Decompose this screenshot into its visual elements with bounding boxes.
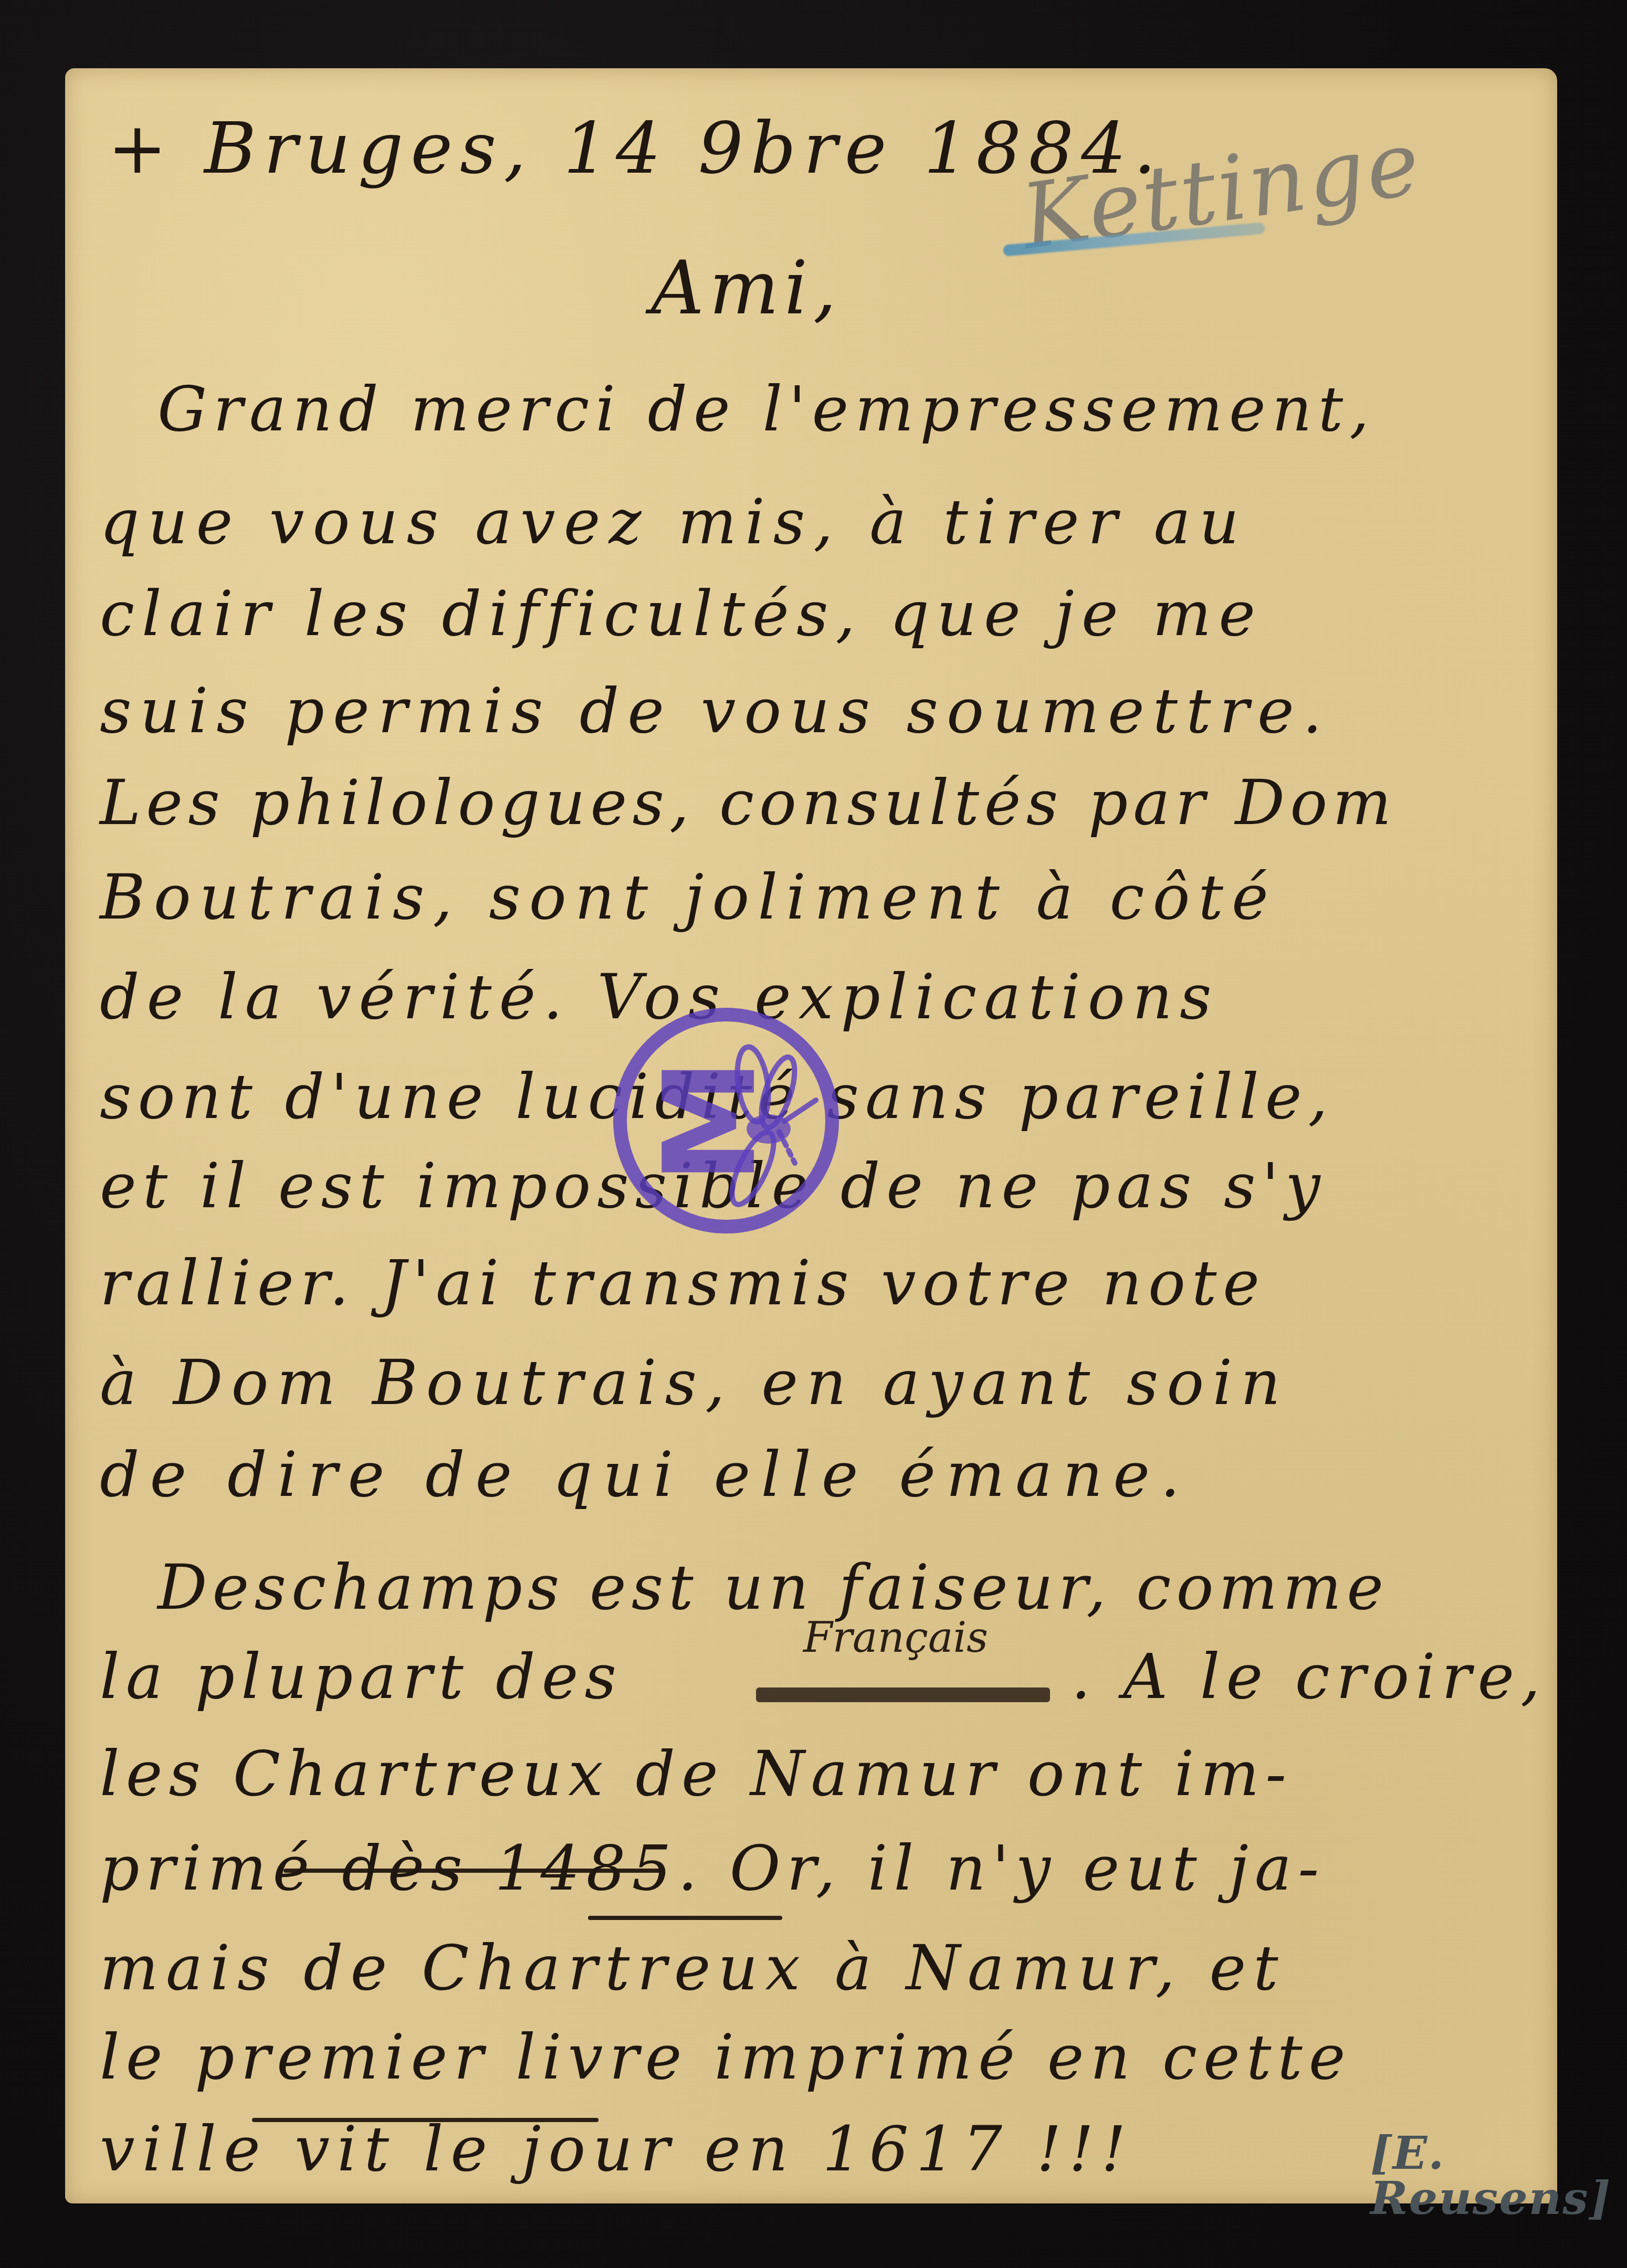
para2-line-3: les Chartreux de Namur ont im- [100,1743,1293,1805]
body-line-4: suis permis de vous soumettre. [100,680,1330,742]
signature-bracket: [E. Reusens] [1370,2131,1627,2221]
para2-line-4: primé dès 1485. Or, il n'y eut ja- [100,1837,1325,1899]
para2-line-5: mais de Chartreux à Namur, et [100,1937,1286,1999]
para2-line-6: le premier livre imprimé en cette [100,2026,1352,2088]
para2-line-2-end: . A le croire, [1071,1645,1547,1707]
underline-1485 [588,1916,782,1920]
purple-circular-stamp: M [613,1008,839,1233]
para2-line-2-start: la plupart des [100,1645,623,1707]
body-line-2: que vous avez mis, à tirer au [100,491,1247,553]
body-line-12: de dire de qui elle émane. [100,1443,1191,1505]
salutation: Ami, [651,252,842,325]
body-line-3: clair les difficultés, que je me [100,583,1263,645]
body-line-5: Les philologues, consultés par Dom [100,772,1397,834]
inserted-word-francais: Français [803,1617,988,1659]
body-line-1: Grand merci de l'empressement, [158,378,1376,440]
dateline: + Bruges, 14 9bre 1884. [108,113,1163,184]
body-line-10: rallier. J'ai transmis votre note [100,1252,1266,1314]
para2-line-1: Deschamps est un faiseur, comme [158,1556,1389,1618]
body-line-11: à Dom Boutrais, en ayant soin [100,1352,1289,1413]
para2-line-7: ville vit le jour en 1617 !!! [100,2118,1133,2180]
body-line-7: de la vérité. Vos explications [100,966,1219,1028]
body-line-6: Boutrais, sont joliment à côté [100,866,1277,928]
bee-icon [716,1042,821,1210]
strike-out-mark [756,1687,1050,1702]
